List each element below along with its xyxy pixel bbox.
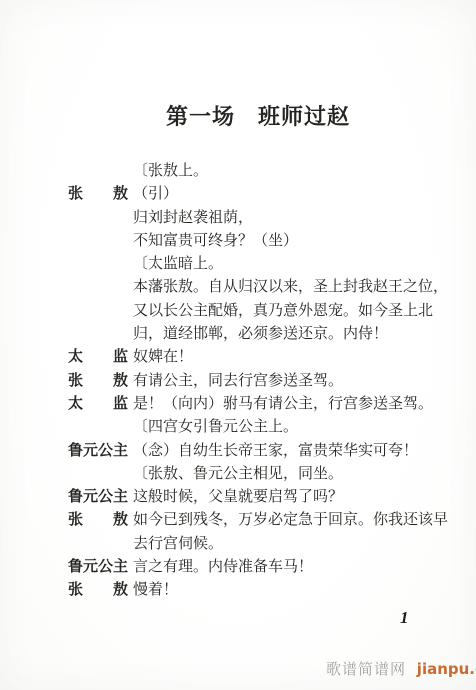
line-text: 〔四宫女引鲁元公主上。 (133, 416, 298, 439)
speaker-name: 张敖 (68, 579, 128, 602)
line-text: 归刘封赵袭祖荫， (133, 207, 253, 230)
line-text: （引） (133, 183, 178, 206)
script-line: 去行宫伺候。 (68, 533, 456, 556)
line-text: （念）自幼生长帝王家，富贵荣华实可夸！ (133, 440, 418, 463)
line-text: 慢着！ (133, 579, 178, 602)
speaker-name: 鲁元公主 (68, 486, 128, 509)
line-text: 〔太监暗上。 (133, 253, 223, 276)
watermark-site-name: 歌谱简谱网 (326, 660, 406, 678)
line-text: 言之有理。内侍准备车马！ (133, 556, 313, 579)
line-text: 归，道经邯郸，必须参送还京。内侍！ (133, 323, 388, 346)
line-text: 又以长公主配婚，真乃意外恩宠。如今圣上北 (133, 300, 433, 323)
script-line: 〔太监暗上。 (68, 253, 456, 276)
watermark: 歌谱简谱网 jianpu.cn (326, 659, 476, 679)
script-line: 归刘封赵袭祖荫， (68, 207, 456, 230)
script-line: 〔张敖上。 (68, 160, 456, 183)
speaker-name: 张敖 (68, 509, 128, 532)
page-number: 1 (400, 608, 409, 628)
script-line: 〔四宫女引鲁元公主上。 (68, 416, 456, 439)
script-line: 张敖有请公主，同去行宫参送圣驾。 (68, 370, 456, 393)
script-line: 太监是！（向内）驸马有请公主，行宫参送圣驾。 (68, 393, 456, 416)
script-line: 张敖如今已到残冬，万岁必定急于回京。你我还该早 (68, 509, 456, 532)
script-line: 张敖（引） (68, 183, 456, 206)
line-text: 本藩张敖。自从归汉以来，圣上封我赵王之位， (133, 276, 448, 299)
line-text: 是！（向内）驸马有请公主，行宫参送圣驾。 (133, 393, 433, 416)
script-line: 又以长公主配婚，真乃意外恩宠。如今圣上北 (68, 300, 456, 323)
speaker-name: 张敖 (68, 370, 128, 393)
script-body: 〔张敖上。张敖（引）归刘封赵袭祖荫，不知富贵可终身？（坐）〔太监暗上。本藩张敖。… (68, 160, 456, 603)
script-line: 鲁元公主言之有理。内侍准备车马！ (68, 556, 456, 579)
scanned-script-page: 第一场 班师过赵 〔张敖上。张敖（引）归刘封赵袭祖荫，不知富贵可终身？（坐）〔太… (0, 0, 476, 690)
line-text: 〔张敖上。 (133, 160, 208, 183)
line-text: 这般时候，父皇就要启驾了吗？ (133, 486, 343, 509)
line-text: 奴婢在！ (133, 346, 193, 369)
speaker-name: 太监 (68, 346, 128, 369)
script-line: 归，道经邯郸，必须参送还京。内侍！ (68, 323, 456, 346)
line-text: 有请公主，同去行宫参送圣驾。 (133, 370, 343, 393)
script-line: 张敖慢着！ (68, 579, 456, 602)
speaker-name: 鲁元公主 (68, 556, 128, 579)
script-line: 〔张敖、鲁元公主相见，同坐。 (68, 463, 456, 486)
speaker-name: 张敖 (68, 183, 128, 206)
watermark-site-url: jianpu.cn (417, 660, 476, 678)
line-text: 去行宫伺候。 (133, 533, 223, 556)
line-text: 如今已到残冬，万岁必定急于回京。你我还该早 (133, 509, 448, 532)
speaker-name: 太监 (68, 393, 128, 416)
script-line: 鲁元公主这般时候，父皇就要启驾了吗？ (68, 486, 456, 509)
line-text: 〔张敖、鲁元公主相见，同坐。 (133, 463, 343, 486)
script-line: 不知富贵可终身？（坐） (68, 230, 456, 253)
line-text: 不知富贵可终身？（坐） (133, 230, 298, 253)
script-line: 本藩张敖。自从归汉以来，圣上封我赵王之位， (68, 276, 456, 299)
script-line: 太监奴婢在！ (68, 346, 456, 369)
scene-title: 第一场 班师过赵 (0, 100, 476, 131)
script-line: 鲁元公主（念）自幼生长帝王家，富贵荣华实可夸！ (68, 440, 456, 463)
speaker-name: 鲁元公主 (68, 440, 128, 463)
